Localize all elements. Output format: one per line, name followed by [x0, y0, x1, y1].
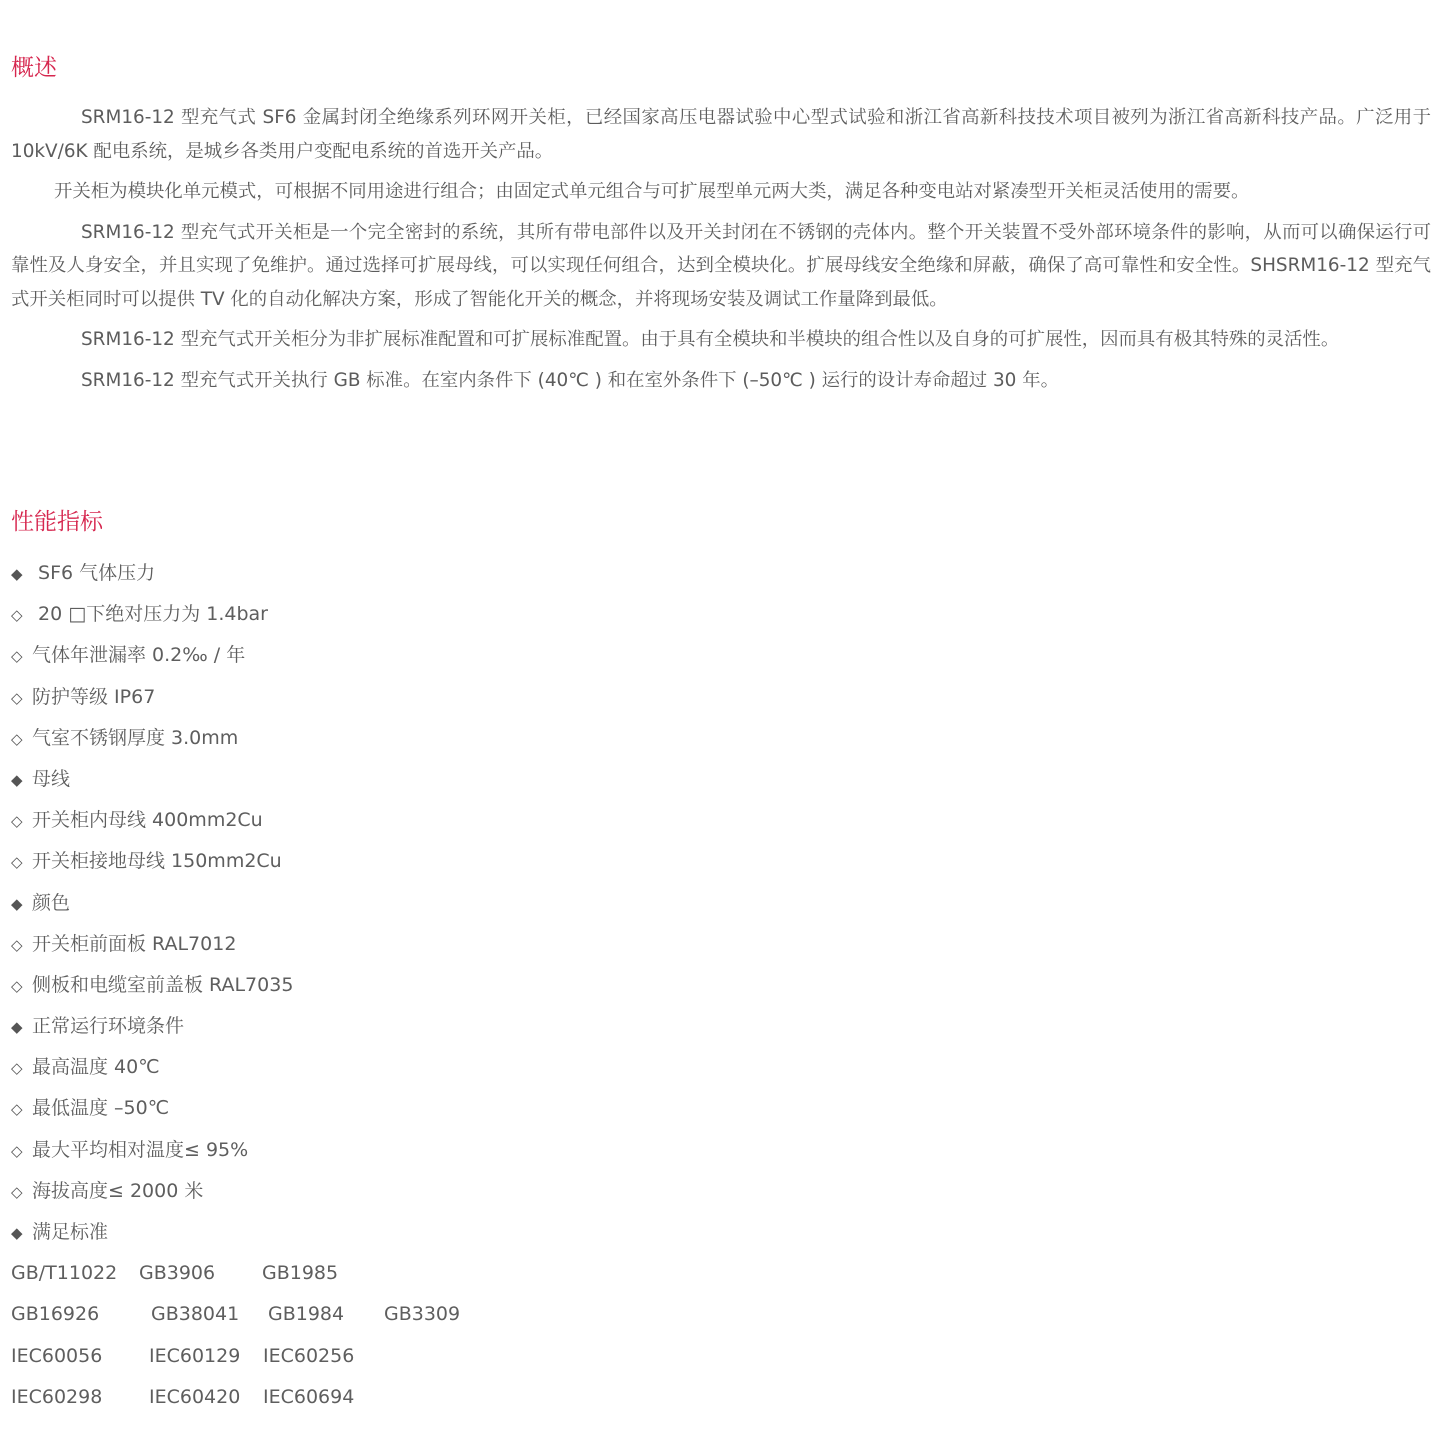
standards-row: IEC60056 IEC60129 IEC60256: [11, 1336, 293, 1377]
standard-code: GB38041: [151, 1294, 239, 1335]
standard-code: GB3309: [384, 1294, 460, 1335]
spec-group-heading: ◆ SF6 气体压力: [11, 553, 293, 594]
hollow-diamond-icon: ◇: [11, 1048, 32, 1089]
overview-paragraph: SRM16-12 型充气式开关柜是一个完全密封的系统，其所有带电部件以及开关封闭…: [11, 216, 1431, 317]
standard-code: GB1984: [268, 1294, 344, 1335]
hollow-diamond-icon: ◇: [11, 1172, 32, 1213]
standards-row: GB16926 GB38041 GB1984 GB3309: [11, 1294, 293, 1335]
overview-paragraph: 开关柜为模块化单元模式，可根据不同用途进行组合；由固定式单元组合与可扩展型单元两…: [11, 175, 1431, 209]
standard-code: GB/T11022: [11, 1253, 117, 1294]
spec-item: ◇ 20 □下绝对压力为 1.4bar: [11, 594, 293, 635]
specs-list: ◆ SF6 气体压力 ◇ 20 □下绝对压力为 1.4bar ◇气体年泄漏率 0…: [11, 553, 293, 1418]
overview-title: 概述: [11, 49, 57, 82]
overview-body: SRM16-12 型充气式 SF6 金属封闭全绝缘系列环网开关柜，已经国家高压电…: [11, 101, 1431, 404]
hollow-diamond-icon: ◇: [11, 636, 32, 677]
spec-text: 气室不锈钢厚度 3.0mm: [32, 727, 238, 749]
spec-item: ◇开关柜内母线 400mm2Cu: [11, 800, 293, 841]
overview-paragraph: SRM16-12 型充气式开关执行 GB 标准。在室内条件下 (40℃ ) 和在…: [11, 364, 1431, 398]
spec-text: 防护等级 IP67: [32, 686, 155, 708]
hollow-diamond-icon: ◇: [11, 1131, 32, 1172]
spec-group-heading: ◆满足标准: [11, 1212, 293, 1253]
spec-text: 海拔高度≤ 2000 米: [32, 1180, 203, 1202]
spec-item: ◇最大平均相对温度≤ 95%: [11, 1130, 293, 1171]
filled-diamond-icon: ◆: [11, 1007, 32, 1048]
hollow-diamond-icon: ◇: [11, 678, 32, 719]
spec-text: 母线: [32, 768, 70, 790]
standard-code: IEC60056: [11, 1336, 102, 1377]
spec-text: SF6 气体压力: [32, 562, 155, 584]
standard-code: IEC60298: [11, 1377, 102, 1418]
standards-row: GB/T11022 GB3906 GB1985: [11, 1253, 293, 1294]
hollow-diamond-icon: ◇: [11, 595, 32, 636]
standard-code: GB3906: [139, 1253, 215, 1294]
standard-code: IEC60129: [149, 1336, 240, 1377]
hollow-diamond-icon: ◇: [11, 719, 32, 760]
filled-diamond-icon: ◆: [11, 1213, 32, 1254]
standards-row: IEC60298 IEC60420 IEC60694: [11, 1377, 293, 1418]
spec-item: ◇海拔高度≤ 2000 米: [11, 1171, 293, 1212]
filled-diamond-icon: ◆: [11, 760, 32, 801]
overview-paragraph: SRM16-12 型充气式 SF6 金属封闭全绝缘系列环网开关柜，已经国家高压电…: [11, 101, 1431, 168]
spec-text: 侧板和电缆室前盖板 RAL7035: [32, 974, 293, 996]
spec-text: 开关柜前面板 RAL7012: [32, 933, 236, 955]
standard-code: GB16926: [11, 1294, 99, 1335]
spec-text: 最低温度 –50℃: [32, 1097, 169, 1119]
spec-item: ◇防护等级 IP67: [11, 677, 293, 718]
standard-code: GB1985: [262, 1253, 338, 1294]
standard-code: IEC60256: [263, 1336, 354, 1377]
spec-group-heading: ◆母线: [11, 759, 293, 800]
spec-item: ◇开关柜前面板 RAL7012: [11, 924, 293, 965]
spec-text: 20 □下绝对压力为 1.4bar: [32, 603, 268, 625]
spec-text: 正常运行环境条件: [32, 1015, 184, 1037]
spec-text: 开关柜内母线 400mm2Cu: [32, 809, 263, 831]
spec-text: 颜色: [32, 892, 70, 914]
filled-diamond-icon: ◆: [11, 884, 32, 925]
spec-text: 气体年泄漏率 0.2‰ / 年: [32, 644, 245, 666]
hollow-diamond-icon: ◇: [11, 801, 32, 842]
spec-item: ◇气体年泄漏率 0.2‰ / 年: [11, 635, 293, 676]
hollow-diamond-icon: ◇: [11, 925, 32, 966]
spec-item: ◇最高温度 40℃: [11, 1047, 293, 1088]
spec-item: ◇侧板和电缆室前盖板 RAL7035: [11, 965, 293, 1006]
spec-text: 开关柜接地母线 150mm2Cu: [32, 850, 282, 872]
spec-item: ◇最低温度 –50℃: [11, 1088, 293, 1129]
spec-text: 满足标准: [32, 1221, 108, 1243]
spec-group-heading: ◆正常运行环境条件: [11, 1006, 293, 1047]
specs-title: 性能指标: [11, 503, 103, 536]
standard-code: IEC60694: [263, 1377, 354, 1418]
spec-group-heading: ◆颜色: [11, 883, 293, 924]
overview-paragraph: SRM16-12 型充气式开关柜分为非扩展标准配置和可扩展标准配置。由于具有全模…: [11, 323, 1431, 357]
spec-text: 最大平均相对温度≤ 95%: [32, 1139, 248, 1161]
spec-item: ◇开关柜接地母线 150mm2Cu: [11, 841, 293, 882]
hollow-diamond-icon: ◇: [11, 1089, 32, 1130]
hollow-diamond-icon: ◇: [11, 966, 32, 1007]
spec-text: 最高温度 40℃: [32, 1056, 160, 1078]
hollow-diamond-icon: ◇: [11, 842, 32, 883]
standard-code: IEC60420: [149, 1377, 240, 1418]
filled-diamond-icon: ◆: [11, 554, 32, 595]
spec-item: ◇气室不锈钢厚度 3.0mm: [11, 718, 293, 759]
